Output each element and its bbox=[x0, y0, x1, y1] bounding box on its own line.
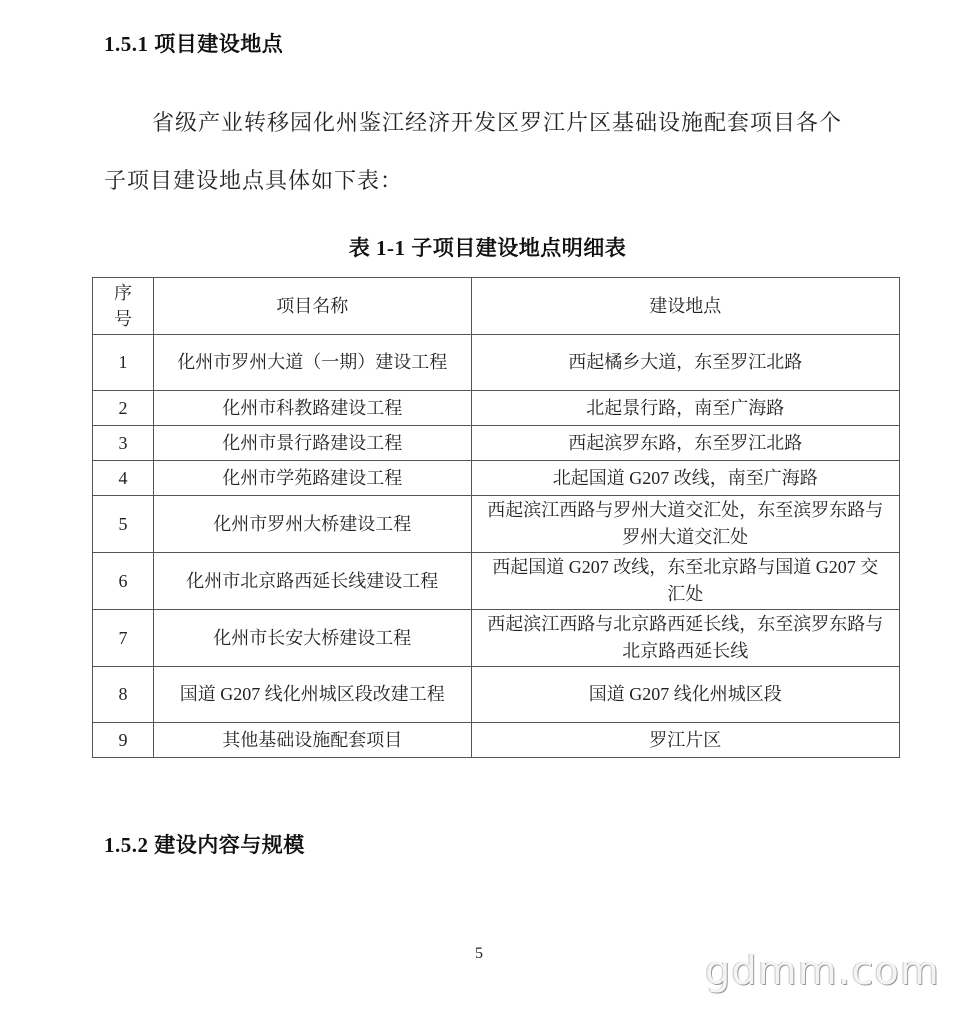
header-project-name: 项目名称 bbox=[153, 278, 471, 335]
table-row: 1 化州市罗州大道（一期）建设工程 西起橘乡大道，东至罗江北路 bbox=[93, 335, 900, 391]
table-caption: 表 1-1 子项目建设地点明细表 bbox=[0, 232, 975, 262]
cell-name: 化州市景行路建设工程 bbox=[153, 426, 471, 461]
section-heading-1-5-1: 1.5.1 项目建设地点 bbox=[104, 28, 283, 58]
cell-location: 西起滨罗东路，东至罗江北路 bbox=[471, 426, 899, 461]
cell-location: 北起国道 G207 改线，南至广海路 bbox=[471, 461, 899, 496]
table-row: 9 其他基础设施配套项目 罗江片区 bbox=[93, 723, 900, 758]
cell-location: 西起滨江西路与北京路西延长线，东至滨罗东路与北京路西延长线 bbox=[471, 610, 899, 667]
cell-no: 8 bbox=[93, 667, 154, 723]
cell-no: 7 bbox=[93, 610, 154, 667]
header-seq: 序 号 bbox=[93, 278, 154, 335]
cell-name: 化州市罗州大桥建设工程 bbox=[153, 496, 471, 553]
cell-no: 3 bbox=[93, 426, 154, 461]
cell-name: 化州市学苑路建设工程 bbox=[153, 461, 471, 496]
table-row: 6 化州市北京路西延长线建设工程 西起国道 G207 改线，东至北京路与国道 G… bbox=[93, 553, 900, 610]
cell-location: 西起滨江西路与罗州大道交汇处，东至滨罗东路与罗州大道交汇处 bbox=[471, 496, 899, 553]
cell-name: 化州市长安大桥建设工程 bbox=[153, 610, 471, 667]
cell-no: 5 bbox=[93, 496, 154, 553]
table-row: 8 国道 G207 线化州城区段改建工程 国道 G207 线化州城区段 bbox=[93, 667, 900, 723]
cell-location: 罗江片区 bbox=[471, 723, 899, 758]
cell-name: 其他基础设施配套项目 bbox=[153, 723, 471, 758]
cell-name: 化州市科教路建设工程 bbox=[153, 391, 471, 426]
intro-paragraph: 省级产业转移园化州鉴江经济开发区罗江片区基础设施配套项目各个子项目建设地点具体如… bbox=[104, 94, 864, 210]
watermark-logo: gdmm.com bbox=[705, 948, 940, 994]
table-header-row: 序 号 项目名称 建设地点 bbox=[93, 278, 900, 335]
location-table: 序 号 项目名称 建设地点 1 化州市罗州大道（一期）建设工程 西起橘乡大道，东… bbox=[92, 277, 900, 758]
cell-location: 北起景行路，南至广海路 bbox=[471, 391, 899, 426]
cell-location: 西起国道 G207 改线，东至北京路与国道 G207 交汇处 bbox=[471, 553, 899, 610]
table-row: 7 化州市长安大桥建设工程 西起滨江西路与北京路西延长线，东至滨罗东路与北京路西… bbox=[93, 610, 900, 667]
cell-location: 国道 G207 线化州城区段 bbox=[471, 667, 899, 723]
cell-no: 4 bbox=[93, 461, 154, 496]
table-row: 4 化州市学苑路建设工程 北起国道 G207 改线，南至广海路 bbox=[93, 461, 900, 496]
cell-no: 6 bbox=[93, 553, 154, 610]
cell-no: 1 bbox=[93, 335, 154, 391]
cell-name: 化州市北京路西延长线建设工程 bbox=[153, 553, 471, 610]
header-seq-line1: 序 bbox=[97, 280, 149, 306]
cell-no: 9 bbox=[93, 723, 154, 758]
table-row: 3 化州市景行路建设工程 西起滨罗东路，东至罗江北路 bbox=[93, 426, 900, 461]
cell-name: 国道 G207 线化州城区段改建工程 bbox=[153, 667, 471, 723]
cell-name: 化州市罗州大道（一期）建设工程 bbox=[153, 335, 471, 391]
table-row: 5 化州市罗州大桥建设工程 西起滨江西路与罗州大道交汇处，东至滨罗东路与罗州大道… bbox=[93, 496, 900, 553]
header-seq-line2: 号 bbox=[97, 306, 149, 332]
header-location: 建设地点 bbox=[471, 278, 899, 335]
cell-location: 西起橘乡大道，东至罗江北路 bbox=[471, 335, 899, 391]
table-row: 2 化州市科教路建设工程 北起景行路，南至广海路 bbox=[93, 391, 900, 426]
section-heading-1-5-2: 1.5.2 建设内容与规模 bbox=[104, 829, 305, 859]
cell-no: 2 bbox=[93, 391, 154, 426]
